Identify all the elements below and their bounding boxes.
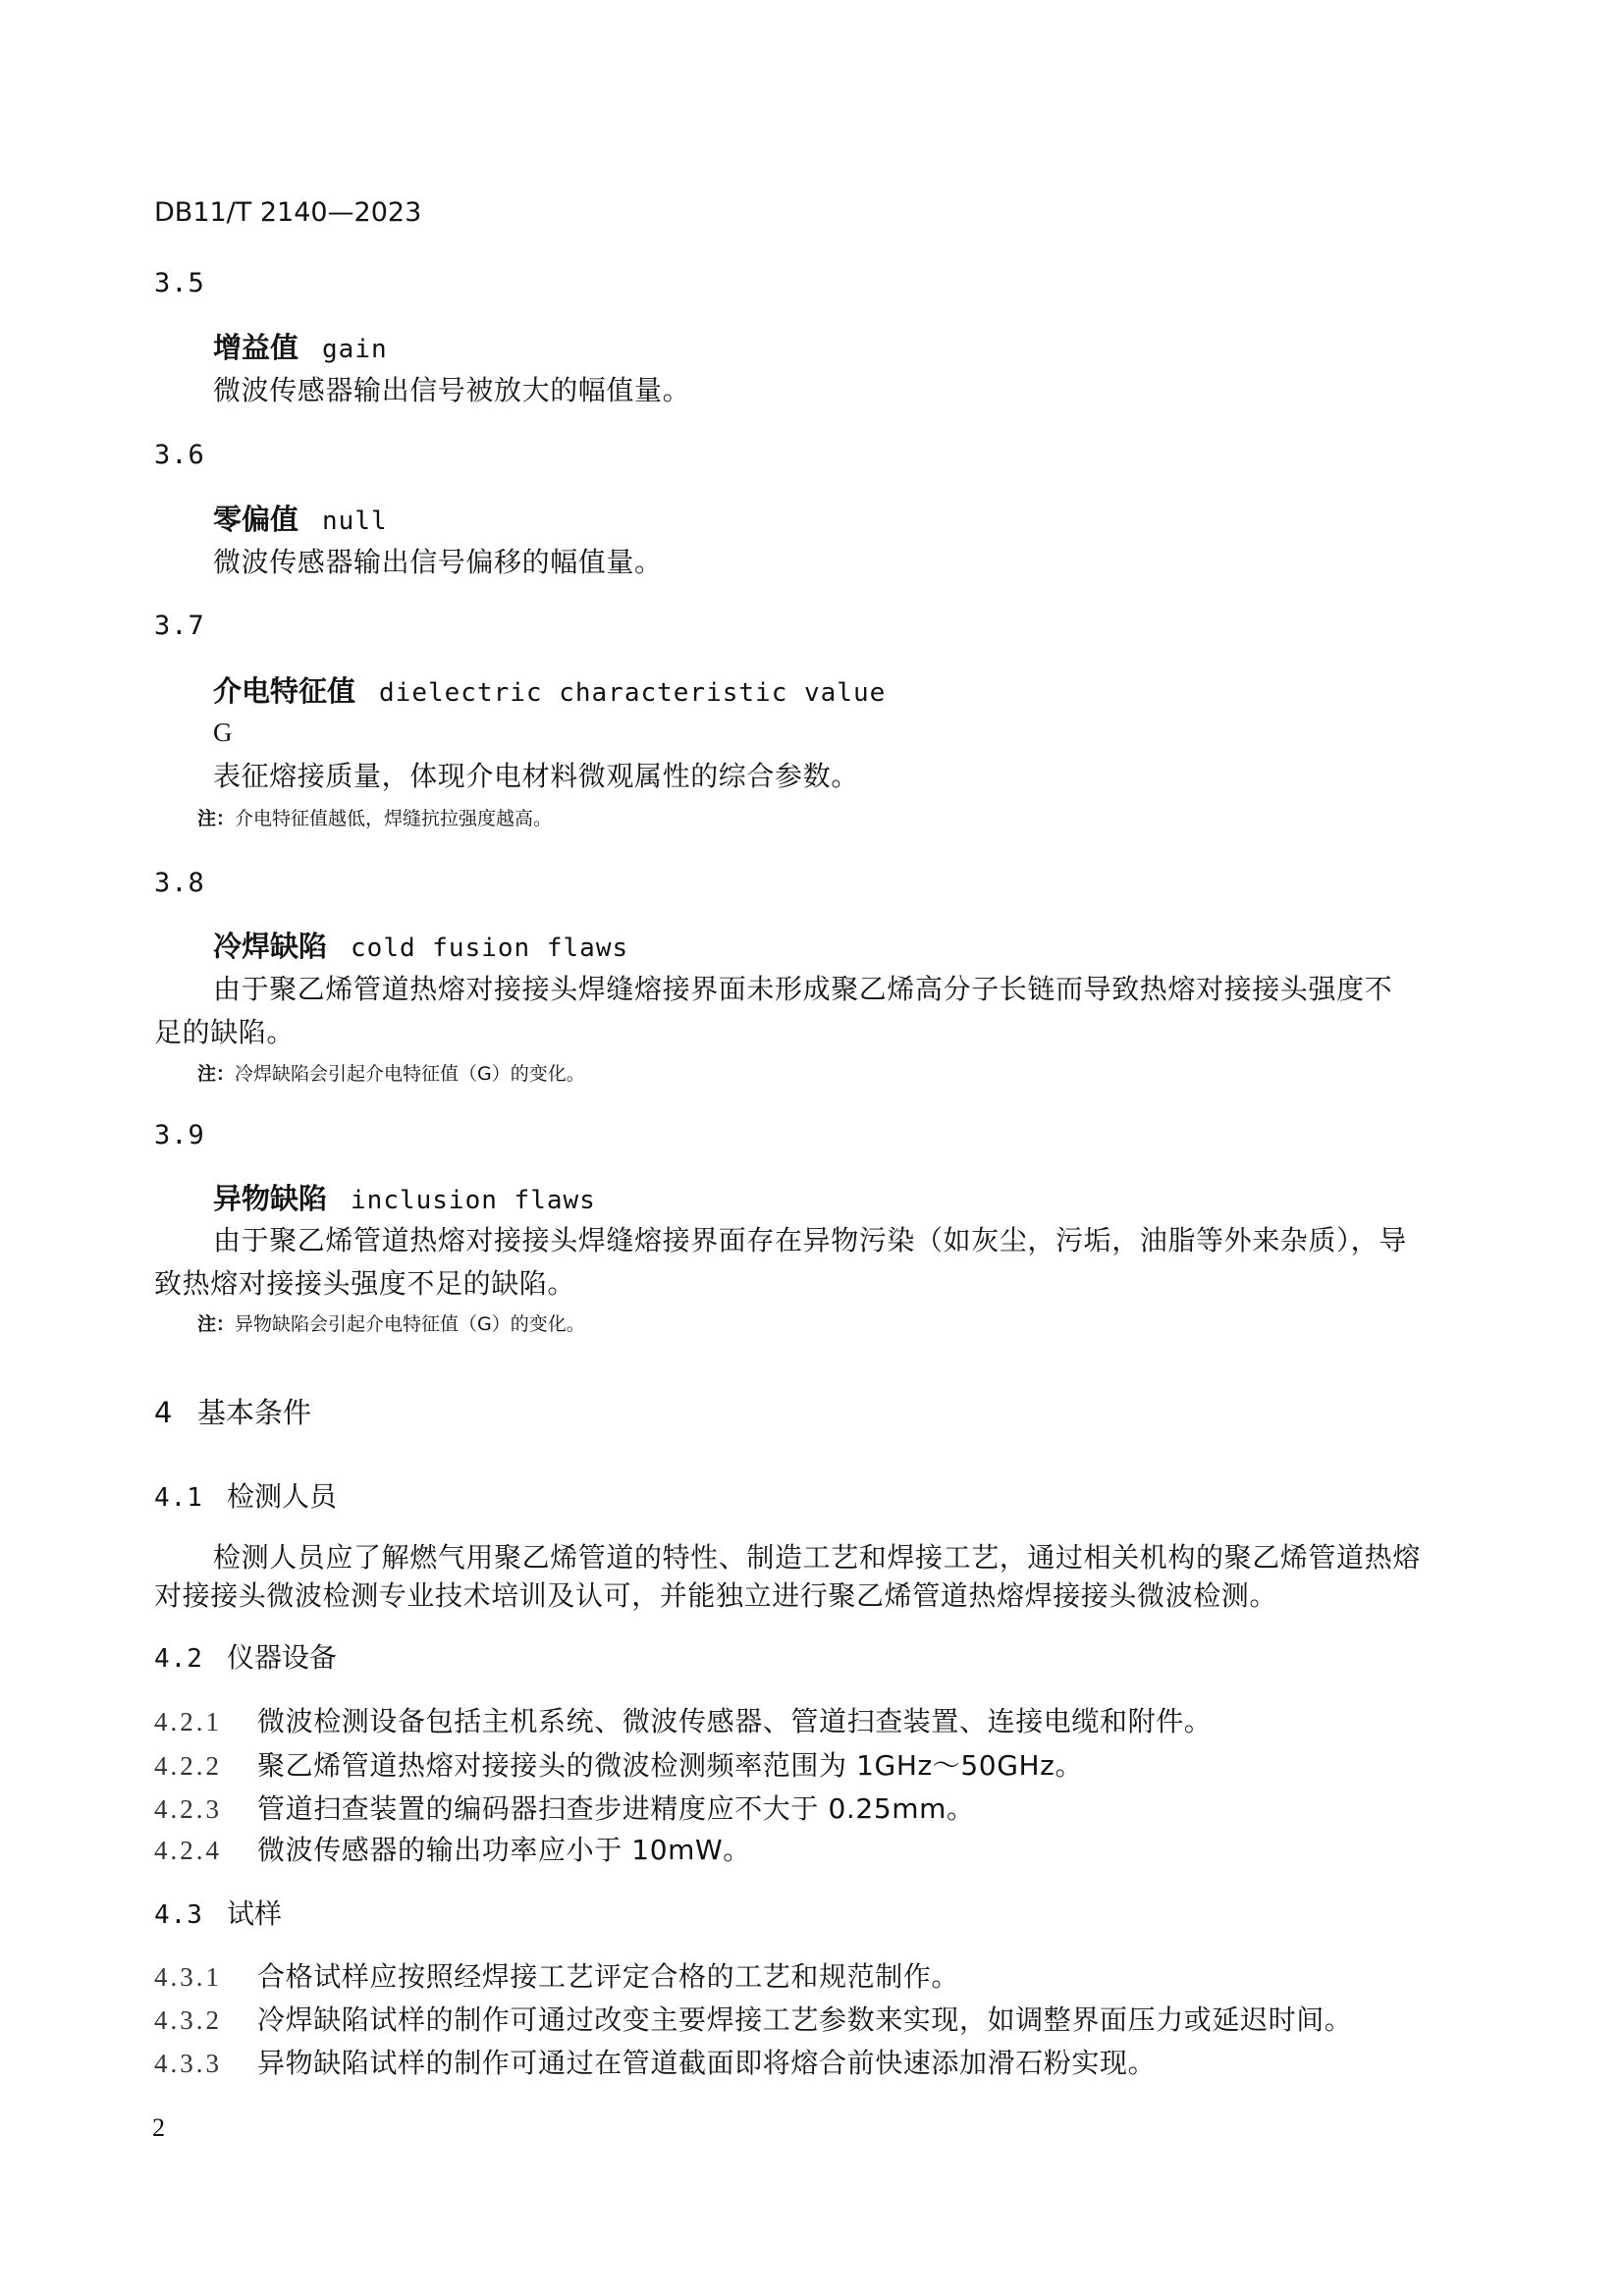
term-entry: 增益值gain (213, 334, 388, 362)
item-text: 异物缺陷试样的制作可通过在管道截面即将熔合前快速添加滑石粉实现。 (257, 2047, 1156, 2079)
term-definition-line1: 由于聚乙烯管道热熔对接接头焊缝熔接界面存在异物污染（如灰尘，污垢，油脂等外来杂质… (213, 1227, 1407, 1255)
note-label: 注： (197, 808, 235, 829)
item-number: 4.2.3 (154, 1796, 257, 1823)
item-text: 管道扫查装置的编码器扫查步进精度应不大于 0.25mm。 (257, 1792, 975, 1825)
document-code-header: DB11/T 2140—2023 (154, 199, 421, 226)
note-text: 异物缺陷会引起介电特征值（G）的变化。 (235, 1313, 585, 1335)
section-title: 基本条件 (197, 1396, 311, 1429)
subsection-number: 4.1 (154, 1485, 227, 1511)
subsection-number: 4.2 (154, 1646, 227, 1672)
term-english: gain (322, 335, 388, 364)
term-chinese: 零偏值 (213, 503, 298, 536)
item-text: 聚乙烯管道热熔对接接头的微波检测频率范围为 1GHz～50GHz。 (257, 1749, 1083, 1782)
term-chinese: 异物缺陷 (213, 1182, 327, 1215)
term-entry: 冷焊缺陷cold fusion flaws (213, 933, 628, 961)
section-number: 4 (154, 1399, 197, 1427)
note: 注：介电特征值越低，焊缝抗拉强度越高。 (197, 810, 552, 828)
term-chinese: 介电特征值 (213, 674, 355, 708)
note-label: 注： (197, 1313, 235, 1335)
note: 注：异物缺陷会引起介电特征值（G）的变化。 (197, 1315, 585, 1334)
note-text: 介电特征值越低，焊缝抗拉强度越高。 (235, 808, 552, 829)
term-chinese: 增益值 (213, 331, 298, 364)
subsection-number: 4.3 (154, 1902, 227, 1928)
section-heading: 4基本条件 (154, 1399, 311, 1427)
note-label: 注： (197, 1063, 235, 1085)
term-symbol: G (213, 720, 233, 746)
paragraph-line1: 检测人员应了解燃气用聚乙烯管道的特性、制造工艺和焊接工艺，通过相关机构的聚乙烯管… (213, 1544, 1421, 1572)
clause-number: 3.9 (154, 1122, 205, 1148)
list-item: 4.3.3异物缺陷试样的制作可通过在管道截面即将熔合前快速添加滑石粉实现。 (154, 2050, 1156, 2077)
term-definition-line2: 足的缺陷。 (154, 1019, 295, 1046)
item-text: 微波传感器的输出功率应小于 10mW。 (257, 1834, 751, 1866)
subsection-title: 试样 (227, 1897, 282, 1930)
term-english: dielectric characteristic value (379, 678, 886, 708)
item-number: 4.2.4 (154, 1838, 257, 1864)
subsection-heading: 4.3试样 (154, 1900, 282, 1928)
item-number: 4.3.1 (154, 1964, 257, 1991)
subsection-title: 检测人员 (227, 1480, 337, 1513)
term-definition: 微波传感器输出信号被放大的幅值量。 (213, 377, 690, 404)
clause-number: 3.8 (154, 870, 205, 896)
item-number: 4.2.1 (154, 1709, 257, 1735)
term-english: null (322, 507, 388, 536)
term-english: inclusion flaws (351, 1186, 596, 1215)
term-english: cold fusion flaws (351, 934, 628, 963)
item-text: 冷焊缺陷试样的制作可通过改变主要焊接工艺参数来实现，如调整界面压力或延迟时间。 (257, 2003, 1352, 2036)
subsection-title: 仪器设备 (227, 1641, 337, 1674)
clause-number: 3.6 (154, 442, 205, 468)
clause-number: 3.5 (154, 270, 205, 296)
term-definition-line2: 致热熔对接接头强度不足的缺陷。 (154, 1270, 575, 1298)
subsection-heading: 4.2仪器设备 (154, 1644, 337, 1672)
term-entry: 异物缺陷inclusion flaws (213, 1185, 596, 1213)
list-item: 4.3.2冷焊缺陷试样的制作可通过改变主要焊接工艺参数来实现，如调整界面压力或延… (154, 2006, 1352, 2034)
item-number: 4.3.3 (154, 2051, 257, 2077)
term-entry: 零偏值null (213, 506, 388, 534)
paragraph-line2: 对接接头微波检测专业技术培训及认可，并能独立进行聚乙烯管道热熔焊接接头微波检测。 (154, 1582, 1277, 1610)
item-number: 4.3.2 (154, 2007, 257, 2034)
term-definition-line1: 由于聚乙烯管道热熔对接接头焊缝熔接界面未形成聚乙烯高分子长链而导致热熔对接接头强… (213, 976, 1392, 1003)
term-chinese: 冷焊缺陷 (213, 930, 327, 963)
clause-number: 3.7 (154, 613, 205, 639)
item-number: 4.2.2 (154, 1753, 257, 1780)
item-text: 合格试样应按照经焊接工艺评定合格的工艺和规范制作。 (257, 1960, 959, 1993)
list-item: 4.3.1合格试样应按照经焊接工艺评定合格的工艺和规范制作。 (154, 1963, 959, 1991)
item-text: 微波检测设备包括主机系统、微波传感器、管道扫查装置、连接电缆和附件。 (257, 1705, 1212, 1737)
note: 注：冷焊缺陷会引起介电特征值（G）的变化。 (197, 1065, 585, 1084)
list-item: 4.2.2聚乙烯管道热熔对接接头的微波检测频率范围为 1GHz～50GHz。 (154, 1752, 1083, 1780)
term-entry: 介电特征值dielectric characteristic value (213, 677, 886, 706)
term-definition: 表征熔接质量，体现介电材料微观属性的综合参数。 (213, 763, 859, 790)
page-number: 2 (152, 2115, 165, 2141)
note-text: 冷焊缺陷会引起介电特征值（G）的变化。 (235, 1063, 585, 1085)
list-item: 4.2.4微波传感器的输出功率应小于 10mW。 (154, 1837, 751, 1864)
list-item: 4.2.1微波检测设备包括主机系统、微波传感器、管道扫查装置、连接电缆和附件。 (154, 1708, 1212, 1735)
term-definition: 微波传感器输出信号偏移的幅值量。 (213, 549, 663, 576)
subsection-heading: 4.1检测人员 (154, 1483, 337, 1511)
list-item: 4.2.3管道扫查装置的编码器扫查步进精度应不大于 0.25mm。 (154, 1795, 975, 1823)
